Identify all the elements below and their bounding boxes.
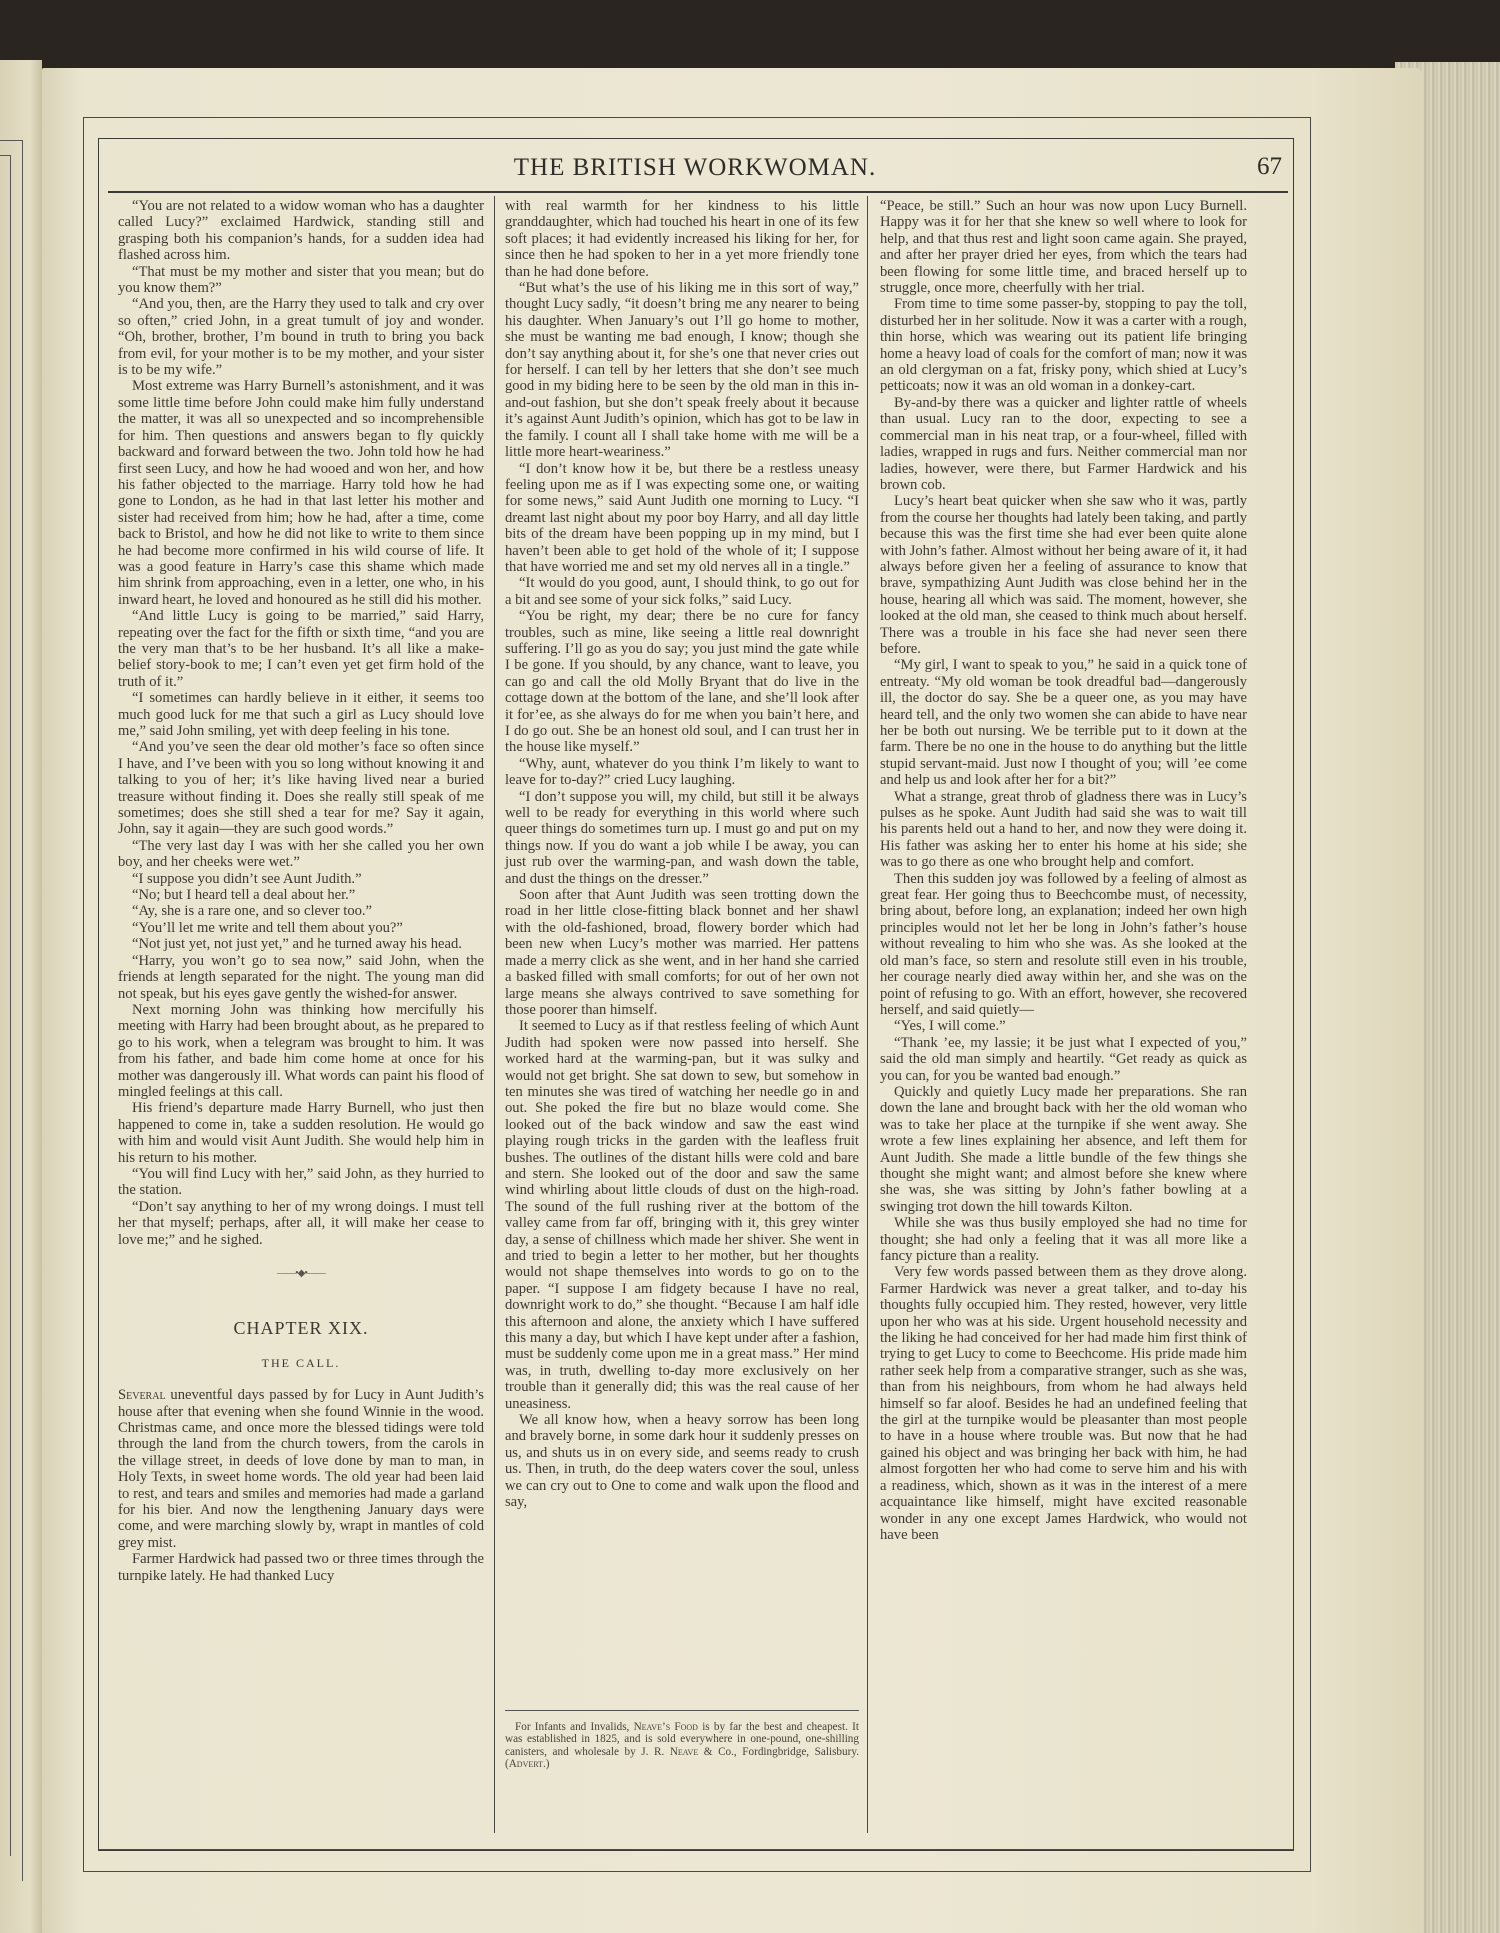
column-divider bbox=[494, 196, 495, 1833]
paragraph: Soon after that Aunt Judith was seen tro… bbox=[505, 887, 859, 1018]
advert-text: For Infants and Invalids, bbox=[515, 1721, 634, 1733]
paragraph: From time to time some passer-by, stoppi… bbox=[880, 296, 1247, 394]
paragraph: While she was thus busily employed she h… bbox=[880, 1215, 1247, 1264]
paragraph: “No; but I heard tell a deal about her.” bbox=[118, 887, 484, 903]
paragraph: Quickly and quietly Lucy made her prepar… bbox=[880, 1084, 1247, 1215]
column-divider bbox=[867, 196, 868, 1833]
chapter-title: CHAPTER XIX. bbox=[118, 1320, 484, 1336]
paragraph: Farmer Hardwick had passed two or three … bbox=[118, 1551, 484, 1584]
footer-rule bbox=[98, 1849, 1294, 1850]
advert-brand: Neave’s Food bbox=[634, 1721, 698, 1733]
paragraph: “You’ll let me write and tell them about… bbox=[118, 920, 484, 936]
paragraph: “Ay, she is a rare one, and so clever to… bbox=[118, 903, 484, 919]
text-column-right: “Peace, be still.” Such an hour was now … bbox=[880, 198, 1247, 1543]
advert-text: & Co., Fordingbridge, Salisbury. bbox=[698, 1746, 859, 1758]
paragraph: Next morning John was thinking how merci… bbox=[118, 1002, 484, 1100]
paragraph: “You are not related to a widow woman wh… bbox=[118, 198, 484, 264]
paragraph: Most extreme was Harry Burnell’s astonis… bbox=[118, 378, 484, 608]
paragraph: “And little Lucy is going to be married,… bbox=[118, 608, 484, 690]
text-column-middle: with real warmth for her kindness to his… bbox=[505, 198, 859, 1511]
paragraph: “I don’t suppose you will, my child, but… bbox=[505, 789, 859, 887]
paragraph: Very few words passed between them as th… bbox=[880, 1264, 1247, 1543]
paragraph-continued: “Peace, be still.” Such an hour was now … bbox=[880, 198, 1247, 296]
header-rule bbox=[108, 191, 1288, 193]
paragraph: By-and-by there was a quicker and lighte… bbox=[880, 395, 1247, 493]
paragraph: We all know how, when a heavy sorrow has… bbox=[505, 1412, 859, 1510]
paragraph: “And you’ve seen the dear old mother’s f… bbox=[118, 739, 484, 837]
advertisement: For Infants and Invalids, Neave’s Food i… bbox=[505, 1710, 859, 1771]
paragraph: Lucy’s heart beat quicker when she saw w… bbox=[880, 493, 1247, 657]
paragraph: “The very last day I was with her she ca… bbox=[118, 838, 484, 871]
paragraph: “You will find Lucy with her,” said John… bbox=[118, 1166, 484, 1199]
paragraph: His friend’s departure made Harry Burnel… bbox=[118, 1100, 484, 1166]
paragraph: “Not just yet, not just yet,” and he tur… bbox=[118, 936, 484, 952]
paragraph: It seemed to Lucy as if that restless fe… bbox=[505, 1018, 859, 1412]
paragraph: “You be right, my dear; there be no cure… bbox=[505, 608, 859, 756]
paragraph: “Don’t say anything to her of my wrong d… bbox=[118, 1199, 484, 1248]
periodical-title: THE BRITISH WORKWOMAN. bbox=[100, 154, 1290, 182]
paragraph: “My girl, I want to speak to you,” he sa… bbox=[880, 657, 1247, 788]
paragraph: “I sometimes can hardly believe in it ei… bbox=[118, 690, 484, 739]
paragraph: “I suppose you didn’t see Aunt Judith.” bbox=[118, 871, 484, 887]
paragraph: “Thank ’ee, my lassie; it be just what I… bbox=[880, 1035, 1247, 1084]
running-header: THE BRITISH WORKWOMAN. 67 bbox=[100, 152, 1290, 186]
page-number: 67 bbox=[1257, 153, 1282, 181]
chapter-subtitle: THE CALL. bbox=[118, 1355, 484, 1371]
advert-company: Neave bbox=[670, 1746, 698, 1758]
previous-page-edge bbox=[0, 60, 42, 1933]
paragraph: “Why, aunt, whatever do you think I’m li… bbox=[505, 756, 859, 789]
paragraph: “Yes, I will come.” bbox=[880, 1018, 1247, 1034]
paragraph-text: uneventful days passed by for Lucy in Au… bbox=[118, 1387, 484, 1551]
paragraph: “But what’s the use of his liking me in … bbox=[505, 280, 859, 460]
previous-page-inner-frame bbox=[0, 155, 11, 1856]
paragraph: “Harry, you won’t go to sea now,” said J… bbox=[118, 953, 484, 1002]
chapter-opening-paragraph: Several uneventful days passed by for Lu… bbox=[118, 1387, 484, 1551]
paragraph: “I don’t know how it be, but there be a … bbox=[505, 461, 859, 576]
section-ornament: ——•◆•—— bbox=[118, 1266, 484, 1282]
paragraph: “And you, then, are the Harry they used … bbox=[118, 296, 484, 378]
paragraph: “It would do you good, aunt, I should th… bbox=[505, 575, 859, 608]
paragraph: Then this sudden joy was followed by a f… bbox=[880, 871, 1247, 1019]
paragraph-continued: with real warmth for her kindness to his… bbox=[505, 198, 859, 280]
paragraph: “That must be my mother and sister that … bbox=[118, 264, 484, 297]
advertisement-text: For Infants and Invalids, Neave’s Food i… bbox=[505, 1721, 859, 1771]
drop-word: Several bbox=[118, 1387, 166, 1403]
text-column-left: “You are not related to a widow woman wh… bbox=[118, 198, 484, 1584]
advert-tag: (Advert.) bbox=[505, 1758, 550, 1770]
paragraph: What a strange, great throb of gladness … bbox=[880, 789, 1247, 871]
